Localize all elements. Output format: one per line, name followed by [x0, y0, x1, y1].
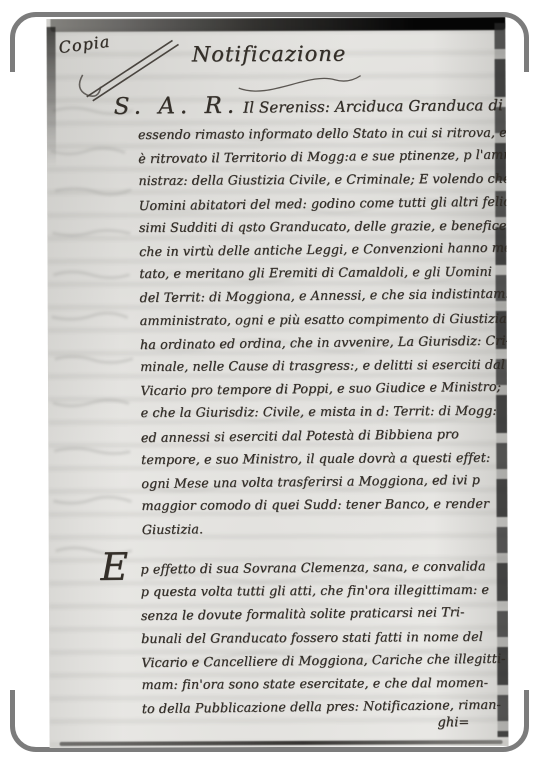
manuscript-line: simi Sudditi di qsto Granducato, delle g… — [139, 213, 509, 239]
manuscript-line: Vicario e Cancelliere di Moggiona, Caric… — [141, 646, 508, 674]
drop-initial-e: E — [100, 552, 128, 582]
scanned-document-view: Copia Notificazione S. A. R.Il Sereniss:… — [0, 0, 539, 760]
paper-edge-bottom — [60, 740, 503, 746]
paragraph-1: S. A. R.Il Sereniss: Arciduca Granduca d… — [138, 88, 509, 541]
manuscript-line: amministrato, ogni e più esatto compimen… — [140, 306, 509, 332]
catchword: ghi= — [437, 715, 469, 730]
paragraph-1-first-line-text: Il Sereniss: Arciduca Granduca di Toscan… — [243, 95, 509, 116]
manuscript-line: tempore, e suo Ministro, il quale dovrà … — [141, 445, 509, 471]
manuscript-line: Uomini abitatori del med: godino come tu… — [139, 189, 509, 217]
frame-side-fade-right — [517, 72, 539, 690]
manuscript-page: Copia Notificazione S. A. R.Il Sereniss:… — [46, 17, 508, 748]
paragraph-2-lines: p questa volta tutti gli atti, che fin'o… — [141, 577, 509, 720]
document-title: Notificazione — [47, 41, 492, 67]
manuscript-line: ha ordinato ed ordina, che in avvenire, … — [140, 328, 509, 356]
manuscript-line: senza le dovute formalità solite pratica… — [141, 600, 509, 628]
manuscript-line: del Territ: di Moggiona, e Annessi, e ch… — [139, 282, 508, 310]
paper-edge-top — [50, 17, 505, 32]
manuscript-line: e che la Giurisdiz: Civile, e mista in d… — [141, 399, 509, 425]
paragraph-1-lines: essendo rimasto informato dello Stato in… — [138, 120, 509, 541]
drop-initial-sar: S. A. R. — [114, 93, 240, 120]
manuscript-line: ed annessi si eserciti dal Potestà di Bi… — [141, 421, 509, 449]
paragraph-2-first-line: Ep effetto di sua Sovrana Clemenza, sana… — [140, 554, 508, 581]
paragraph-1-first-line: S. A. R.Il Sereniss: Arciduca Granduca d… — [114, 88, 509, 124]
manuscript-line: bunali del Granducato fossero stati fatt… — [141, 624, 509, 650]
paragraph-2-first-line-text: p effetto di sua Sovrana Clemenza, sana,… — [140, 558, 485, 576]
paragraph-2: Ep effetto di sua Sovrana Clemenza, sana… — [140, 554, 508, 720]
manuscript-line: nistraz: della Giustizia Civile, e Crimi… — [138, 167, 508, 193]
frame-side-fade-left — [0, 72, 22, 690]
manuscript-line: Giustizia. — [142, 514, 509, 542]
